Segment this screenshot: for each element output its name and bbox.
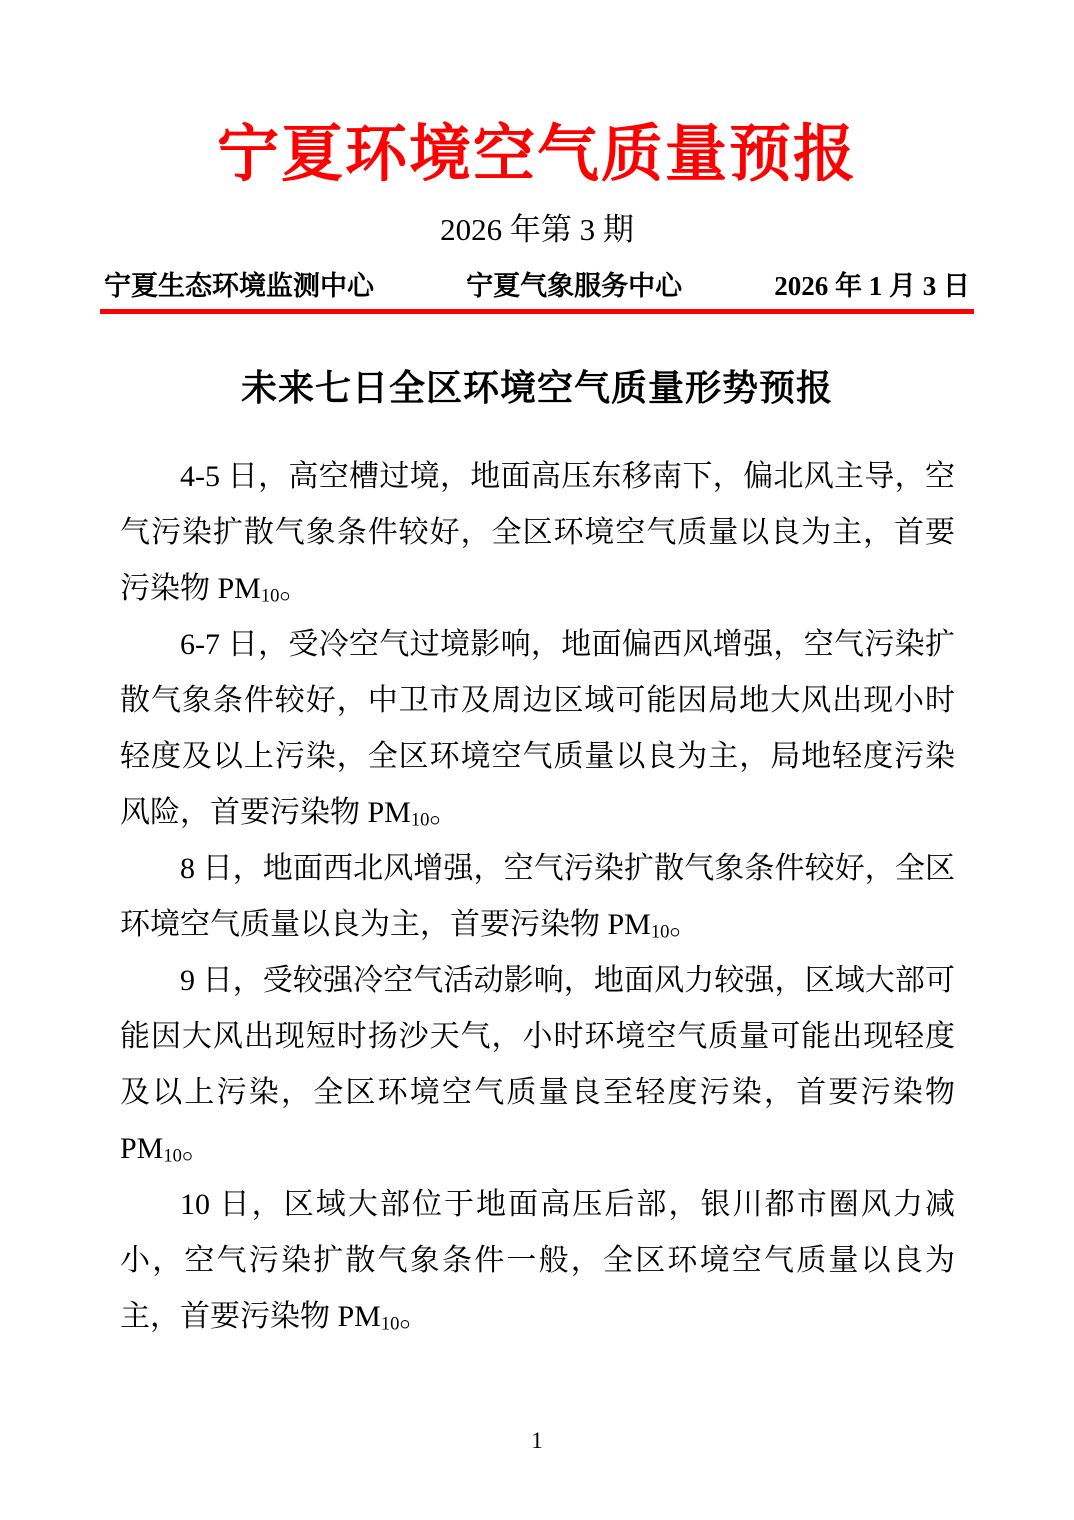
paragraph-text: 。: [399, 1300, 429, 1333]
subscript-text: 10: [651, 922, 670, 943]
issue-number: 2026 年第 3 期: [0, 211, 1074, 248]
subscript-text: 10: [411, 810, 430, 831]
paragraph-text: 10 日，区域大部位于地面高压后部，银川都市圈风力减小，空气污染扩散气象条件一般…: [120, 1188, 955, 1333]
subscript-text: 10: [261, 586, 280, 607]
section-title: 未来七日全区环境空气质量形势预报: [0, 360, 1074, 411]
header-org-center: 宁夏气象服务中心: [466, 270, 682, 302]
paragraph-text: 4-5 日，高空槽过境，地面高压东移南下，偏北风主导，空气污染扩散气象条件较好，…: [120, 460, 955, 605]
document-page: 宁夏环境空气质量预报 2026 年第 3 期 宁夏生态环境监测中心 宁夏气象服务…: [0, 0, 1074, 1520]
header-divider-rule: [100, 309, 974, 314]
body-paragraph: 9 日，受较强冷空气活动影响，地面风力较强，区域大部可能因大风出现短时扬沙天气，…: [120, 953, 955, 1177]
body-paragraph: 6-7 日，受冷空气过境影响，地面偏西风增强，空气污染扩散气象条件较好，中卫市及…: [120, 617, 955, 841]
body: 4-5 日，高空槽过境，地面高压东移南下，偏北风主导，空气污染扩散气象条件较好，…: [120, 449, 955, 1345]
paragraph-text: 6-7 日，受冷空气过境影响，地面偏西风增强，空气污染扩散气象条件较好，中卫市及…: [120, 628, 955, 829]
paragraph-text: 8 日，地面西北风增强，空气污染扩散气象条件较好，全区环境空气质量以良为主，首要…: [120, 852, 955, 941]
body-paragraph: 4-5 日，高空槽过境，地面高压东移南下，偏北风主导，空气污染扩散气象条件较好，…: [120, 449, 955, 617]
paragraph-text: 。: [182, 1132, 212, 1165]
paragraph-text: 。: [279, 572, 309, 605]
body-paragraph: 10 日，区域大部位于地面高压后部，银川都市圈风力减小，空气污染扩散气象条件一般…: [120, 1177, 955, 1345]
document-title: 宁夏环境空气质量预报: [0, 112, 1074, 199]
header-org-left: 宁夏生态环境监测中心: [104, 270, 374, 302]
header-date: 2026 年 1 月 3 日: [774, 270, 970, 302]
paragraph-text: 。: [669, 908, 699, 941]
page-number: 1: [0, 1428, 1074, 1454]
header-row: 宁夏生态环境监测中心 宁夏气象服务中心 2026 年 1 月 3 日: [104, 270, 970, 302]
paragraph-text: 9 日，受较强冷空气活动影响，地面风力较强，区域大部可能因大风出现短时扬沙天气，…: [120, 964, 955, 1165]
subscript-text: 10: [381, 1314, 400, 1335]
paragraph-text: 。: [429, 796, 459, 829]
body-paragraph: 8 日，地面西北风增强，空气污染扩散气象条件较好，全区环境空气质量以良为主，首要…: [120, 841, 955, 953]
subscript-text: 10: [163, 1146, 182, 1167]
